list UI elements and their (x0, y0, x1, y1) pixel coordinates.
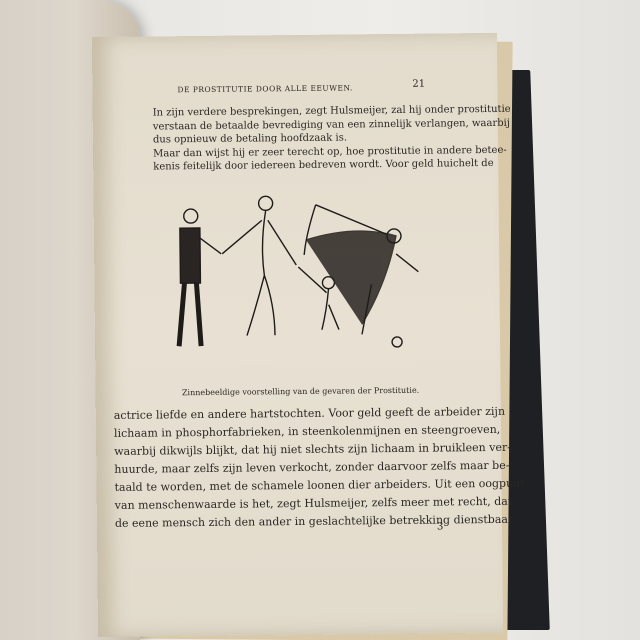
running-head: DE PROSTITUTIE DOOR ALLE EEUWEN. (177, 83, 353, 94)
text-line: kenis feitelijk door iedereen bedreven w… (153, 157, 453, 174)
bottom-paragraph: actrice liefde en andere hartstochten. V… (114, 403, 455, 533)
illustration-caption: Zinnebeeldige voorstelling van de gevare… (166, 386, 436, 398)
right-page: DE PROSTITUTIE DOOR ALLE EEUWEN. 21 In z… (92, 33, 503, 637)
text-line: de eene mensch zich den ander in geslach… (115, 511, 455, 533)
page-number-bottom: 3 (437, 521, 443, 532)
page-number-top: 21 (412, 79, 425, 90)
top-paragraph: In zijn verdere besprekingen, zegt Hulsm… (153, 103, 454, 174)
illustration (155, 174, 427, 367)
